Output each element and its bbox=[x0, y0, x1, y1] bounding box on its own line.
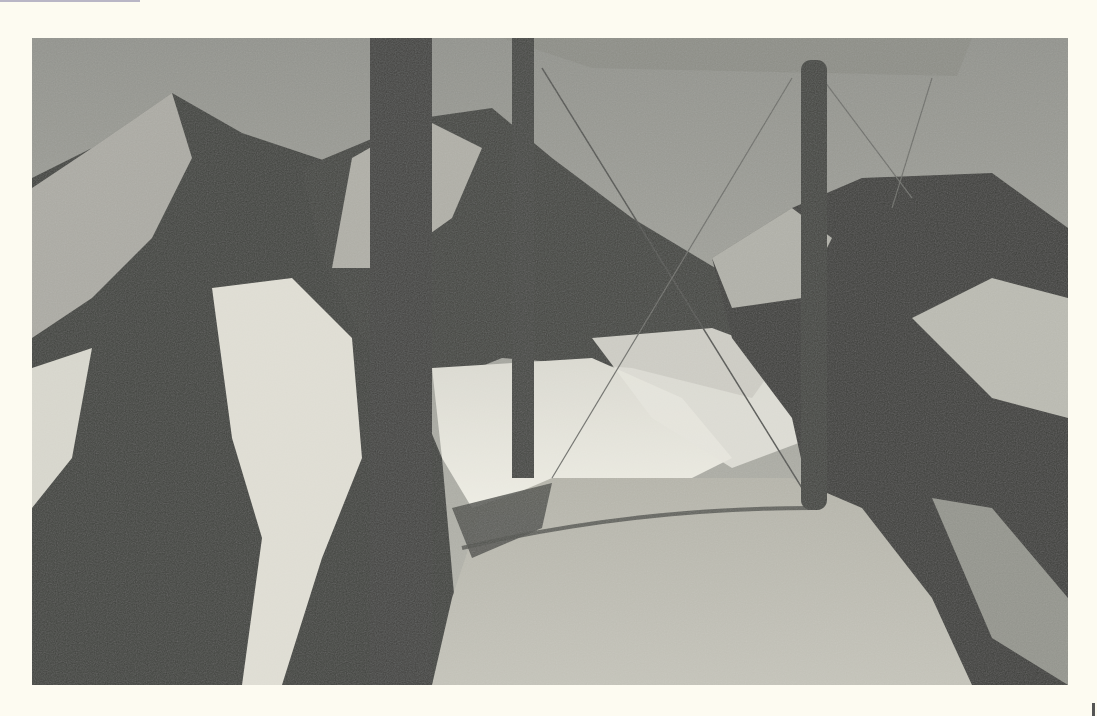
aerial-photograph bbox=[32, 38, 1068, 685]
card-corner-mark bbox=[1092, 703, 1095, 716]
left-interplane-strut bbox=[512, 38, 534, 478]
near-strut bbox=[370, 38, 432, 685]
right-interplane-strut bbox=[801, 60, 827, 510]
card-top-edge bbox=[0, 0, 140, 2]
photo-card bbox=[0, 0, 1097, 716]
photo-scene bbox=[32, 38, 1068, 685]
